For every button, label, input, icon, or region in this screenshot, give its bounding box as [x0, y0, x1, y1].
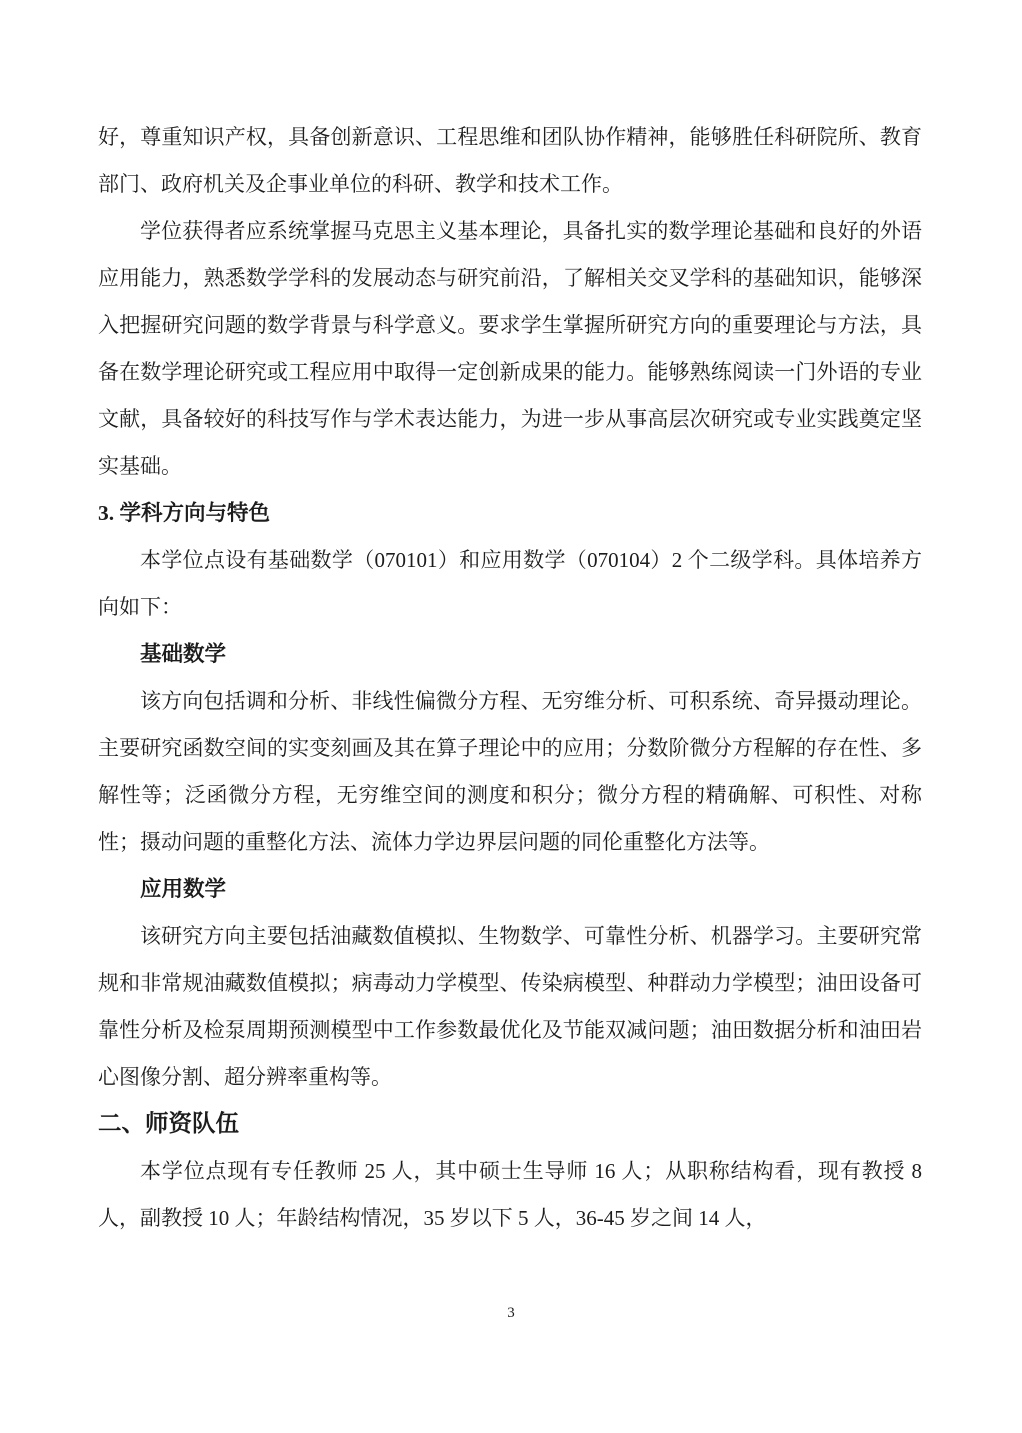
- heading-faculty-team: 二、师资队伍: [98, 1101, 922, 1148]
- paragraph-fundamental-math: 该方向包括调和分析、非线性偏微分方程、无穷维分析、可积系统、奇异摄动理论。主要研…: [98, 678, 922, 866]
- paragraph-disciplines: 本学位点设有基础数学（070101）和应用数学（070104）2 个二级学科。具…: [98, 537, 922, 631]
- paragraph-applied-math: 该研究方向主要包括油藏数值模拟、生物数学、可靠性分析、机器学习。主要研究常规和非…: [98, 913, 922, 1101]
- document-body: 好，尊重知识产权，具备创新意识、工程思维和团队协作精神，能够胜任科研院所、教育部…: [98, 114, 922, 1242]
- paragraph-degree-requirements: 学位获得者应系统掌握马克思主义基本理论，具备扎实的数学理论基础和良好的外语应用能…: [98, 208, 922, 490]
- subheading-applied-math: 应用数学: [98, 866, 922, 913]
- page-number: 3: [0, 1303, 1022, 1323]
- paragraph-continuation: 好，尊重知识产权，具备创新意识、工程思维和团队协作精神，能够胜任科研院所、教育部…: [98, 114, 922, 208]
- paragraph-faculty-stats: 本学位点现有专任教师 25 人，其中硕士生导师 16 人；从职称结构看，现有教授…: [98, 1148, 922, 1242]
- subheading-fundamental-math: 基础数学: [98, 631, 922, 678]
- heading-discipline-direction: 3. 学科方向与特色: [98, 490, 922, 537]
- document-page: 好，尊重知识产权，具备创新意识、工程思维和团队协作精神，能够胜任科研院所、教育部…: [0, 0, 1022, 1433]
